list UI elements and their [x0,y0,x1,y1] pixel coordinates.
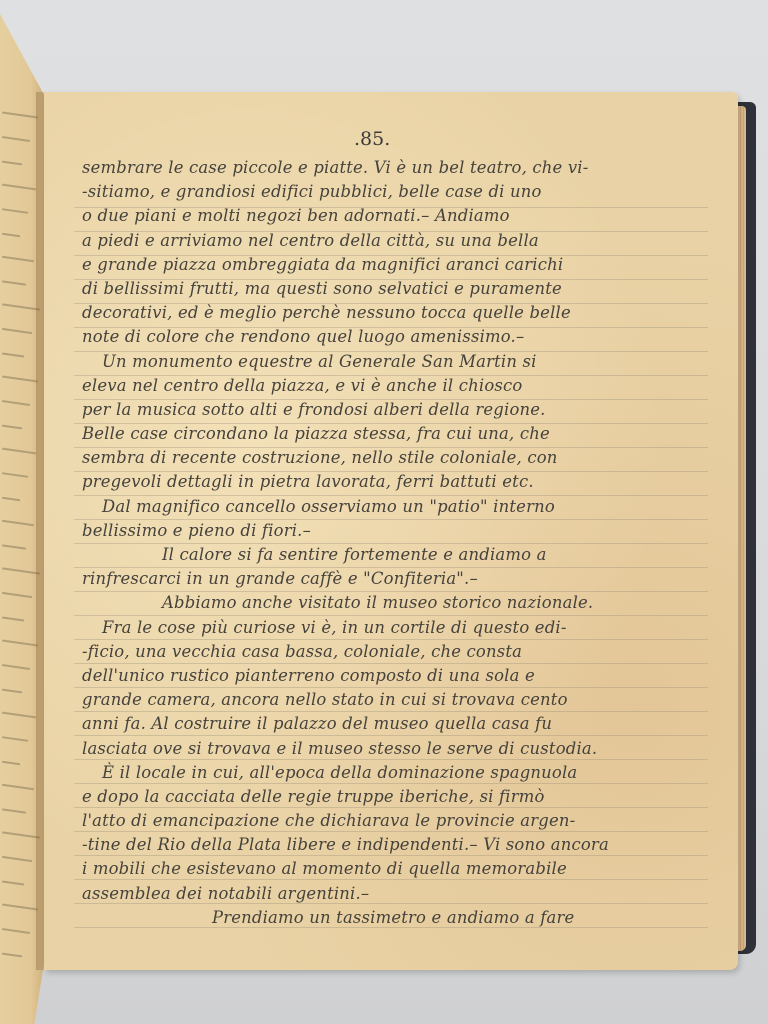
text-line: sembrare le case piccole e piatte. Vi è … [82,156,700,180]
page-number: .85. [354,128,390,150]
left-page-handwriting [2,544,26,549]
text-line: -ficio, una vecchia casa bassa, colonial… [82,640,700,664]
text-line: eleva nel centro della piazza, e vi è an… [82,374,700,398]
text-line: note di colore che rendono quel luogo am… [82,325,700,349]
text-line: lasciata ove si trovava e il museo stess… [82,737,700,761]
left-page-handwriting [2,448,36,455]
left-page-handwriting [2,112,38,119]
left-page-handwriting [2,953,22,958]
left-page-handwriting [2,303,40,310]
left-page-handwriting [2,184,36,191]
text-line: -tine del Rio della Plata libere e indip… [82,833,700,857]
left-page-handwriting [2,664,30,670]
left-page-handwriting [2,712,36,719]
text-line: i mobili che esistevano al momento di qu… [82,857,700,881]
left-page-handwriting [2,567,40,574]
left-page-handwriting [2,472,28,478]
left-page-handwriting [2,736,28,742]
left-page-handwriting [2,784,34,790]
left-page-handwriting [2,592,32,598]
text-line: bellissimo e pieno di fiori.– [82,519,700,543]
text-line: Il calore si fa sentire fortemente e and… [82,543,700,567]
text-line: decorativi, ed è meglio perchè nessuno t… [82,301,700,325]
text-line: grande camera, ancora nello stato in cui… [82,688,700,712]
text-line: sembra di recente costruzione, nello sti… [82,446,700,470]
left-page-handwriting [2,233,20,237]
text-line: e grande piazza ombreggiata da magnifici… [82,253,700,277]
text-line: l'atto di emancipazione che dichiarava l… [82,809,700,833]
text-line: e dopo la cacciata delle regie truppe ib… [82,785,700,809]
left-page-handwriting [2,425,22,430]
text-line: di bellissimi frutti, ma questi sono sel… [82,277,700,301]
left-page-handwriting [2,400,30,406]
left-page-handwriting [2,616,24,621]
text-line: pregevoli dettagli in pietra lavorata, f… [82,470,700,494]
left-page-handwriting [2,856,32,862]
notebook-page: .85. sembrare le case piccole e piatte. … [44,92,738,970]
left-page-handwriting [2,376,38,383]
left-page-handwriting [2,761,20,765]
text-line: rinfrescarci in un grande caffè e "Confi… [82,567,700,591]
left-page-handwriting [2,280,26,285]
text-line: Dal magnifico cancello osserviamo un "pa… [82,495,700,519]
left-page-handwriting [2,904,38,911]
text-line: a piedi e arriviamo nel centro della cit… [82,229,700,253]
text-line: per la musica sotto alti e frondosi albe… [82,398,700,422]
text-line: Abbiamo anche visitato il museo storico … [82,591,700,615]
left-page-handwriting [2,520,34,526]
left-page-handwriting [2,928,30,934]
left-page-handwriting [2,689,22,694]
text-line: anni fa. Al costruire il palazzo del mus… [82,712,700,736]
left-page-handwriting [2,352,24,357]
text-line: -sitiamo, e grandiosi edifici pubblici, … [82,180,700,204]
left-page-handwriting [2,880,24,885]
text-line: assemblea dei notabili argentini.– [82,882,700,906]
left-page-handwriting [2,328,32,334]
text-line: o due piani e molti negozi ben adornati.… [82,204,700,228]
left-page-handwriting [2,256,34,262]
handwritten-text: sembrare le case piccole e piatte. Vi è … [82,156,700,930]
text-line: È il locale in cui, all'epoca della domi… [82,761,700,785]
left-page-handwriting [2,831,40,838]
left-page-handwriting [2,136,30,142]
text-line: Fra le cose più curiose vi è, in un cort… [82,616,700,640]
text-line: dell'unico rustico pianterreno composto … [82,664,700,688]
left-page-handwriting [2,808,26,813]
left-page-handwriting [2,640,38,647]
left-page-handwriting [2,161,22,166]
text-line: Belle case circondano la piazza stessa, … [82,422,700,446]
left-page-handwriting [2,497,20,501]
left-page-handwriting [2,208,28,214]
text-line: Prendiamo un tassimetro e andiamo a fare [82,906,700,930]
text-line: Un monumento equestre al Generale San Ma… [82,350,700,374]
